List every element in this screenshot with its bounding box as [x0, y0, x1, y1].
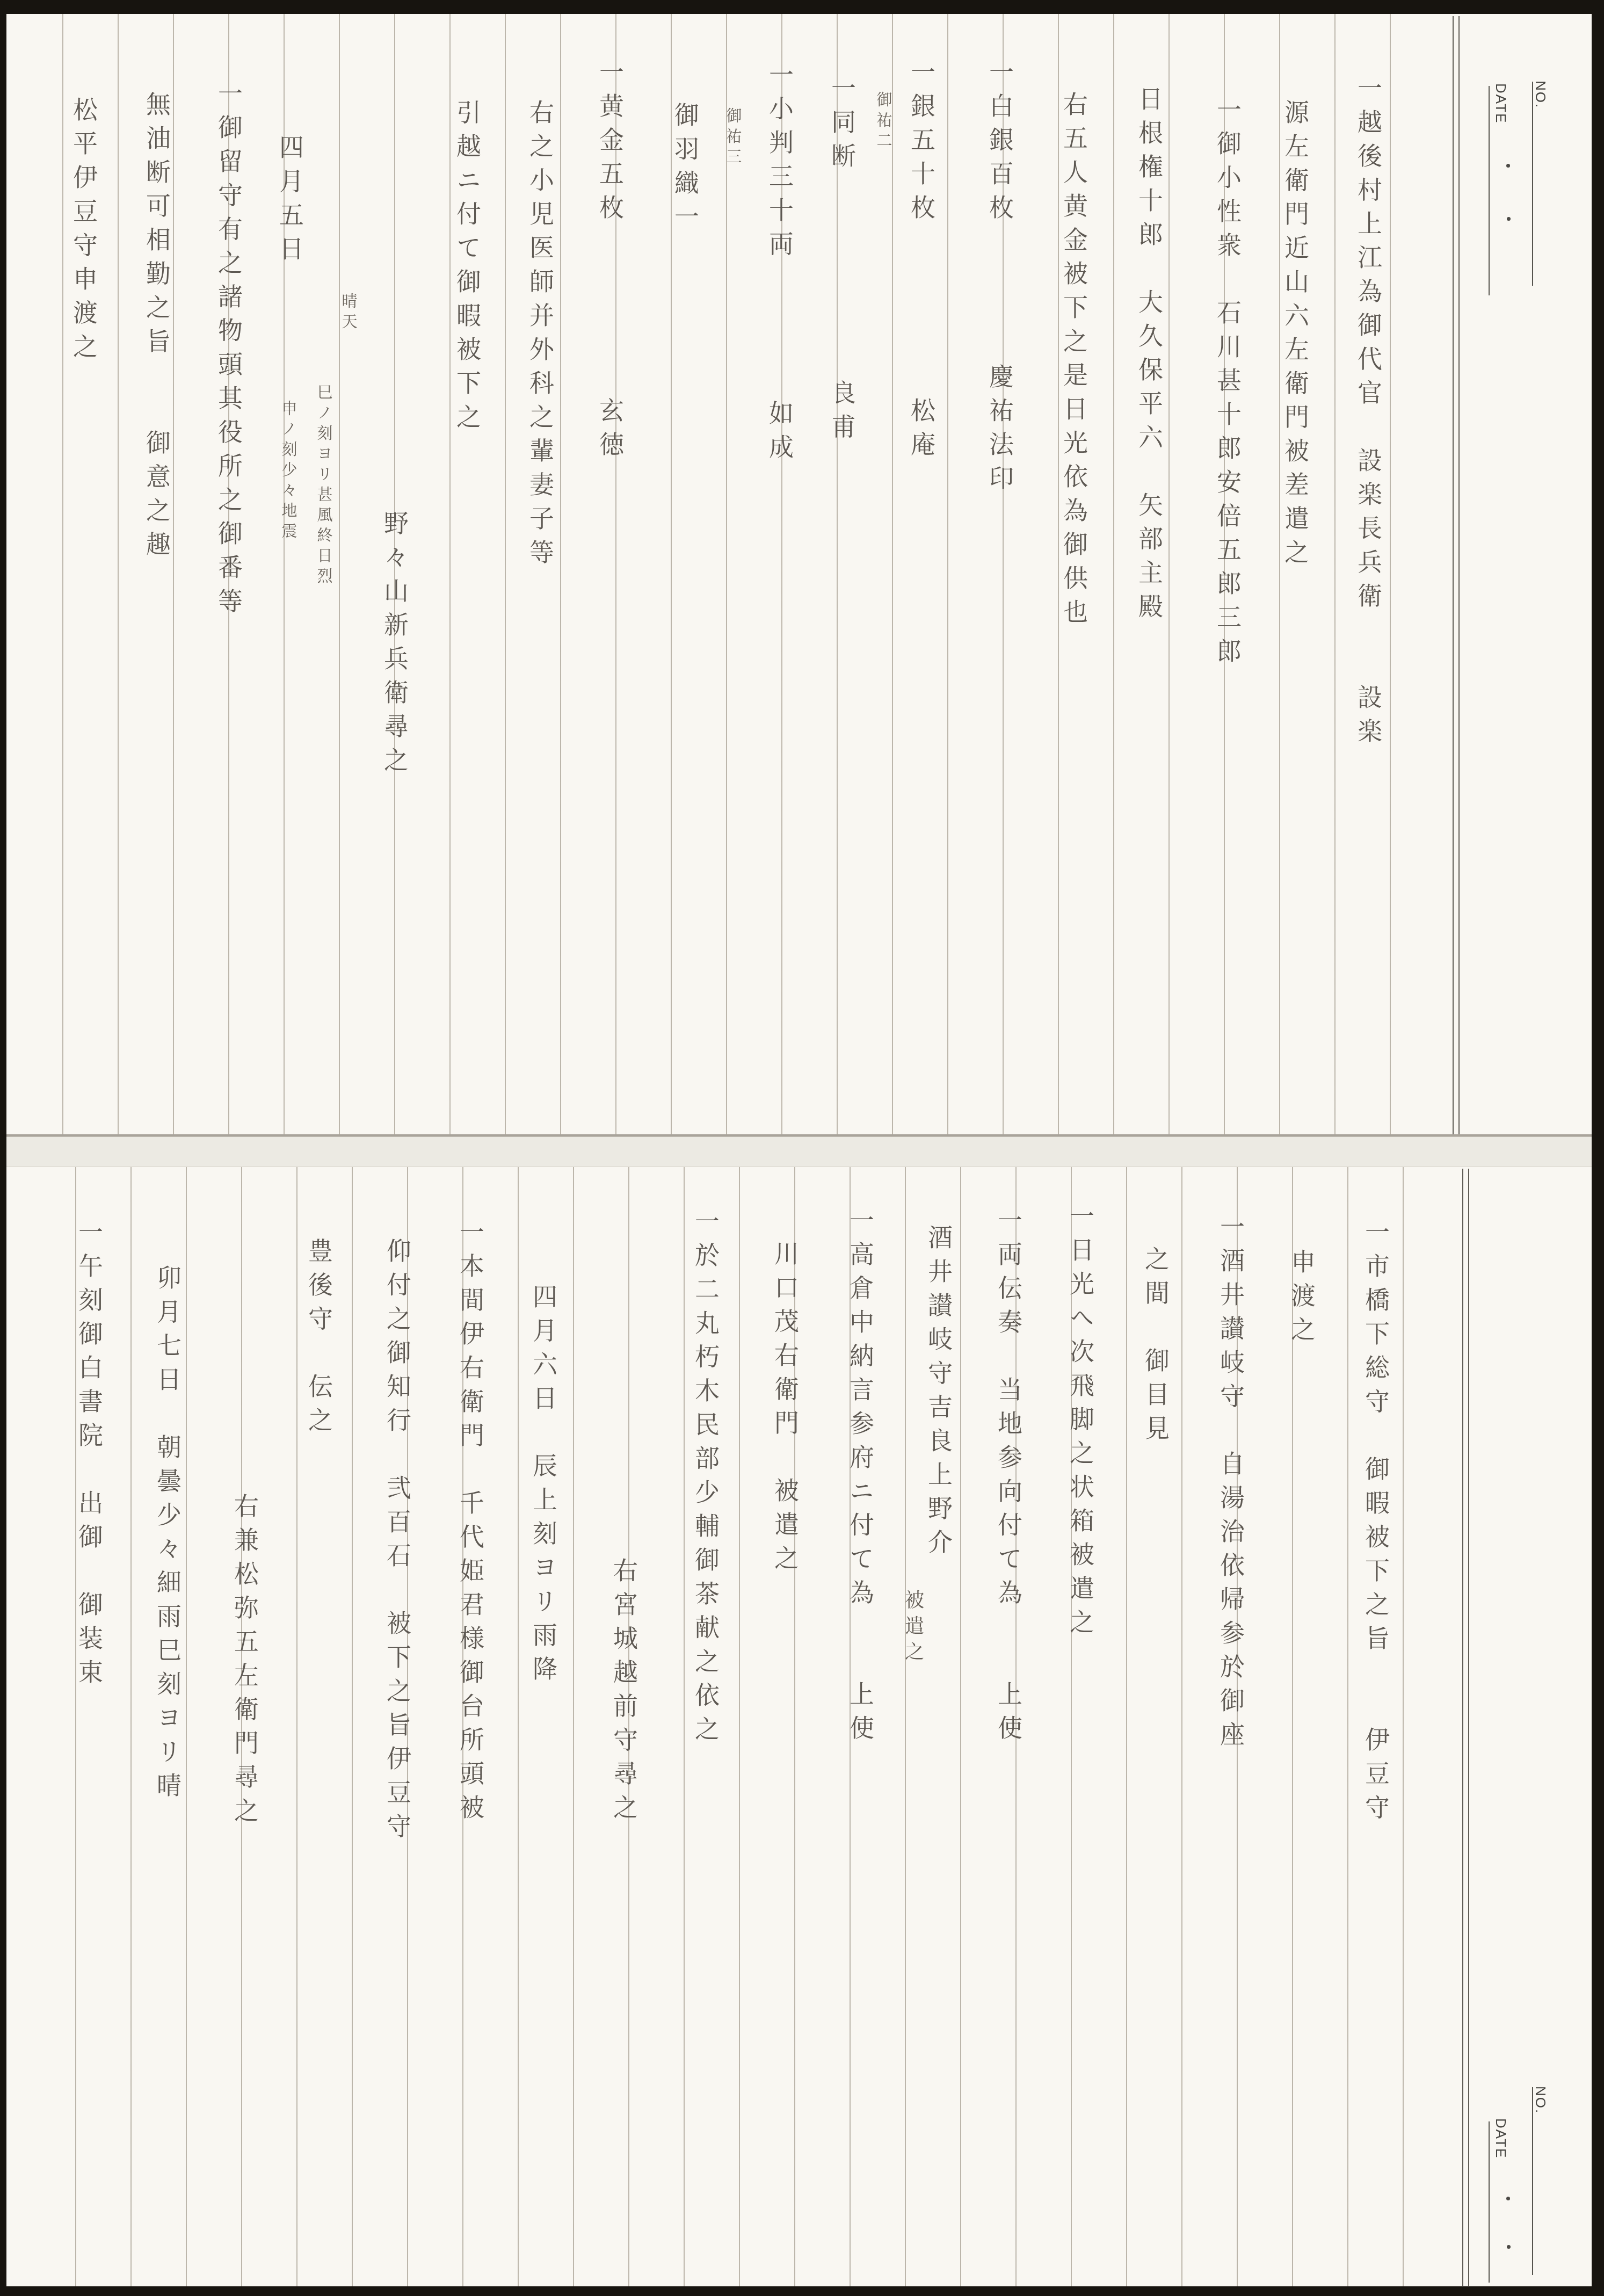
date-line — [1489, 86, 1490, 295]
page-seam — [6, 1136, 1592, 1167]
handwritten-column: 四月六日 辰上刻ヨリ雨降 — [526, 1284, 561, 1690]
scanned-manuscript: NO. DATE NO. DATE 一越後村上江為御代官 設楽長兵衛 設楽源左衛… — [0, 0, 1604, 2296]
handwritten-column: 一同断 良甫 — [824, 75, 860, 447]
handwritten-column: 一酒井讃岐守 自湯治依帰参於御座 — [1213, 1214, 1249, 1755]
no-line — [1532, 82, 1533, 286]
date-label: DATE — [1492, 2118, 1509, 2159]
handwritten-column: 御祐三 — [723, 107, 745, 169]
handwritten-column: 一於二丸朽木民部少輔御茶献之依之 — [688, 1208, 723, 1750]
handwritten-column: 一高倉中納言参府ニ付て為 上使 — [843, 1207, 878, 1749]
handwritten-column: 川口茂右衛門 被遣之 — [767, 1241, 803, 1579]
handwritten-column: 巳ノ刻ヨリ甚風終日烈 — [314, 384, 336, 588]
handwritten-column: 一銀五十枚 松庵 — [904, 59, 939, 465]
handwritten-column: 源左衛門近山六左衛門被差遣之 — [1278, 99, 1313, 573]
handwritten-column: 四月五日 — [272, 134, 308, 270]
handwritten-column: 松平伊豆守申渡之 — [66, 97, 101, 367]
handwritten-column: 酒井讃岐守吉良上野介 — [921, 1225, 956, 1563]
date-separator-dot — [1506, 2197, 1510, 2200]
handwritten-column: 一御留守有之諸物頭其役所之御番等 — [211, 81, 246, 622]
handwritten-column: 一市橋下総守 御暇被下之旨 伊豆守 — [1358, 1219, 1393, 1828]
no-line — [1532, 2087, 1533, 2275]
handwritten-column: 晴天 — [338, 293, 360, 334]
handwritten-column: 無油断可相勤之旨 御意之趣 — [139, 91, 175, 565]
handwritten-column: 一小判三十両 如成 — [762, 62, 797, 468]
handwritten-column: 豊後守 伝之 — [301, 1238, 337, 1441]
handwritten-column: 引越ニ付て御暇被下之 — [449, 99, 485, 438]
handwritten-column: 御羽織一 — [667, 102, 703, 237]
handwritten-column: 申渡之 — [1284, 1249, 1319, 1350]
date-separator-dot — [1507, 2245, 1511, 2249]
handwritten-column: 右五人黄金被下之是日光依為御供也 — [1056, 91, 1092, 633]
handwritten-column: 野々山新兵衛尋之 — [377, 510, 412, 781]
date-separator-dot — [1506, 164, 1510, 168]
handwritten-column: 申ノ刻少々地震 — [278, 400, 300, 543]
handwritten-column: 一白銀百枚 慶祐法印 — [982, 59, 1018, 499]
handwritten-column: 右兼松弥五左衛門尋之 — [227, 1493, 263, 1831]
margin-double-rule — [1468, 1169, 1469, 2286]
handwritten-column: 右之小児医師并外科之輩妻子等 — [522, 99, 558, 573]
handwritten-column: 一日光へ次飛脚之状箱被遣之 — [1063, 1203, 1098, 1643]
no-label: NO. — [1532, 81, 1549, 108]
handwritten-column: 仰付之御知行 弐百石 被下之旨伊豆守 — [380, 1238, 415, 1847]
handwritten-column: 一越後村上江為御代官 設楽長兵衛 設楽 — [1351, 75, 1386, 752]
date-line — [1489, 2121, 1490, 2283]
handwritten-column: 卯月七日 朝曇少々細雨巳刻ヨリ晴 — [150, 1265, 185, 1806]
margin-double-rule — [1453, 16, 1454, 1134]
handwritten-column: 一本間伊右衛門 千代姫君様御台所頭被 — [453, 1219, 488, 1828]
margin-double-rule — [1462, 1169, 1463, 2286]
handwritten-column: 一午刻御白書院 出御 御装束 — [71, 1219, 107, 1693]
date-separator-dot — [1507, 217, 1511, 221]
handwritten-column: 之間 御目見 — [1138, 1246, 1173, 1449]
handwritten-column: 一黄金五枚 玄徳 — [592, 59, 628, 465]
handwritten-column: 御祐二 — [873, 91, 895, 153]
margin-double-rule — [1458, 16, 1460, 1134]
no-label: NO. — [1532, 2086, 1549, 2114]
handwritten-column: 一御小性衆 石川甚十郎安倍五郎三郎 — [1210, 97, 1245, 672]
handwritten-column: 一両伝奏 当地参向付て為 上使 — [991, 1207, 1026, 1749]
handwritten-column: 日根権十郎 大久保平六 矢部主殿 — [1131, 86, 1167, 627]
date-label: DATE — [1492, 83, 1509, 124]
handwritten-column: 右宮城越前守尋之 — [606, 1558, 642, 1828]
handwritten-column: 被遣之 — [899, 1590, 927, 1667]
